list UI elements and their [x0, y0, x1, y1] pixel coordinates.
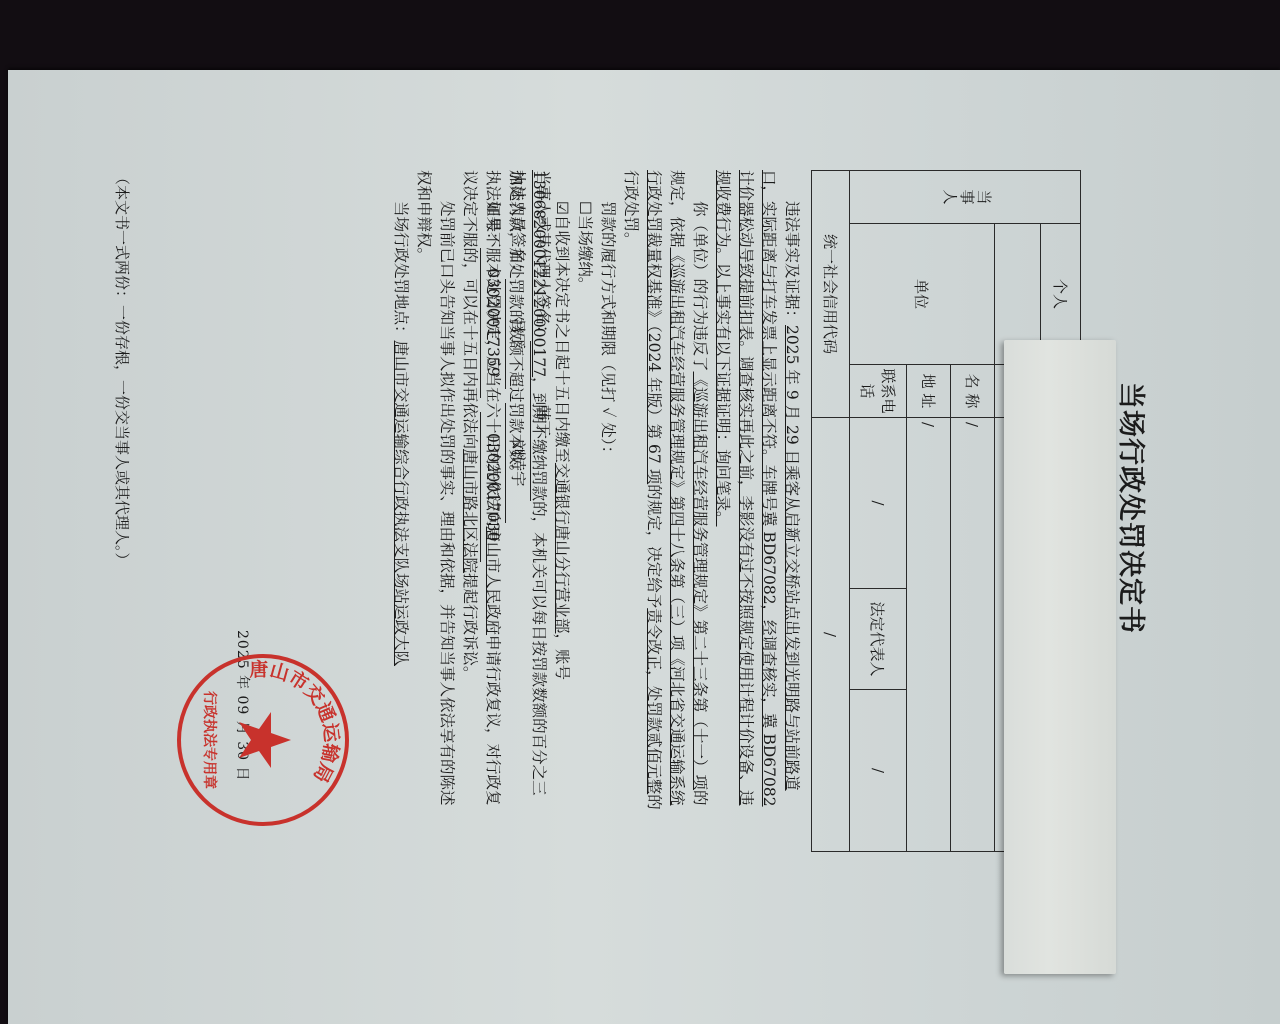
svg-text:行政执法专用章: 行政执法专用章 [201, 691, 218, 789]
decision-body: 违法事实及证据：2025 年 9 月 29 日乘客从启新立交桥站点出发到光明路与… [389, 170, 803, 810]
credit-code-label: 统一社会信用代码 [812, 171, 850, 418]
name-value: / [950, 418, 994, 852]
location-line: 当场行政处罚地点：唐山市交通运输综合行政执法支队场站运政大队 [389, 170, 412, 810]
official-seal-icon: 唐山市交通运输局 行政执法专用章 [173, 650, 353, 830]
payment-option-onsite: ☐当场缴纳。 [573, 170, 596, 810]
phone-value: / [849, 418, 906, 589]
signature-block: 当事人或其代理人签名：韩丁 执法人员签名：吕丁 刘诗宇 执法证号：0302001… [480, 170, 555, 870]
name-label: 名 称 [950, 365, 994, 418]
address-label: 地 址 [906, 365, 950, 418]
svg-text:唐山市交通运输局: 唐山市交通运输局 [249, 658, 343, 786]
cert-number-2: 03020017030 [480, 412, 505, 562]
address-value: / [906, 418, 950, 852]
violation-paragraph: 你（单位）的行为违反了《巡游出租汽车经营服务管理规定》第二十三条第（十一）项的规… [619, 170, 711, 810]
phone-label: 联系电话 [849, 365, 906, 418]
credit-code-value: / [812, 418, 850, 852]
unit-label: 单位 [849, 224, 995, 365]
penalty-decision-document: 当场行政处罚决定书 冀 0200 交罚当罚决字（2025）1505 号 当事人 … [93, 170, 1153, 910]
cert-number-1: 03020017359 [480, 248, 505, 398]
officer-signature-2: 刘诗宇 [505, 403, 530, 523]
party-signature-line: 当事人或其代理人签名：韩丁 [530, 170, 555, 870]
facts-paragraph: 违法事实及证据：2025 年 9 月 29 日乘客从启新立交桥站点出发到光明路与… [711, 170, 803, 810]
document-title: 当场行政处罚决定书 [1114, 382, 1153, 634]
legal-rep-value: / [849, 690, 906, 852]
footnote: （本文书一式两份：一份存根，一份交当事人或其代理人。） [112, 170, 133, 870]
officer-signature-1: 吕丁 [505, 279, 530, 389]
party-label-cell: 当事人 [849, 171, 1080, 224]
payment-heading: 罚款的履行方式和期限（见打 ✓ 处）： [596, 170, 619, 810]
unchecked-box-icon: ☐ [576, 201, 594, 215]
checked-box-icon: ☑ [553, 201, 571, 215]
cert-number-line: 执法证号：03020017359 03020017030 [480, 170, 505, 870]
redaction-tape [1004, 340, 1116, 974]
legal-rep-label: 法定代表人 [849, 589, 906, 690]
officer-signature-line: 执法人员签名：吕丁 刘诗宇 [505, 170, 530, 870]
notice-paragraph: 处罚前已口头告知当事人拟作出处罚的事实、理由和依据，并告知当事人依法享有的陈述权… [412, 170, 458, 810]
party-signature: 韩丁 [530, 341, 555, 501]
